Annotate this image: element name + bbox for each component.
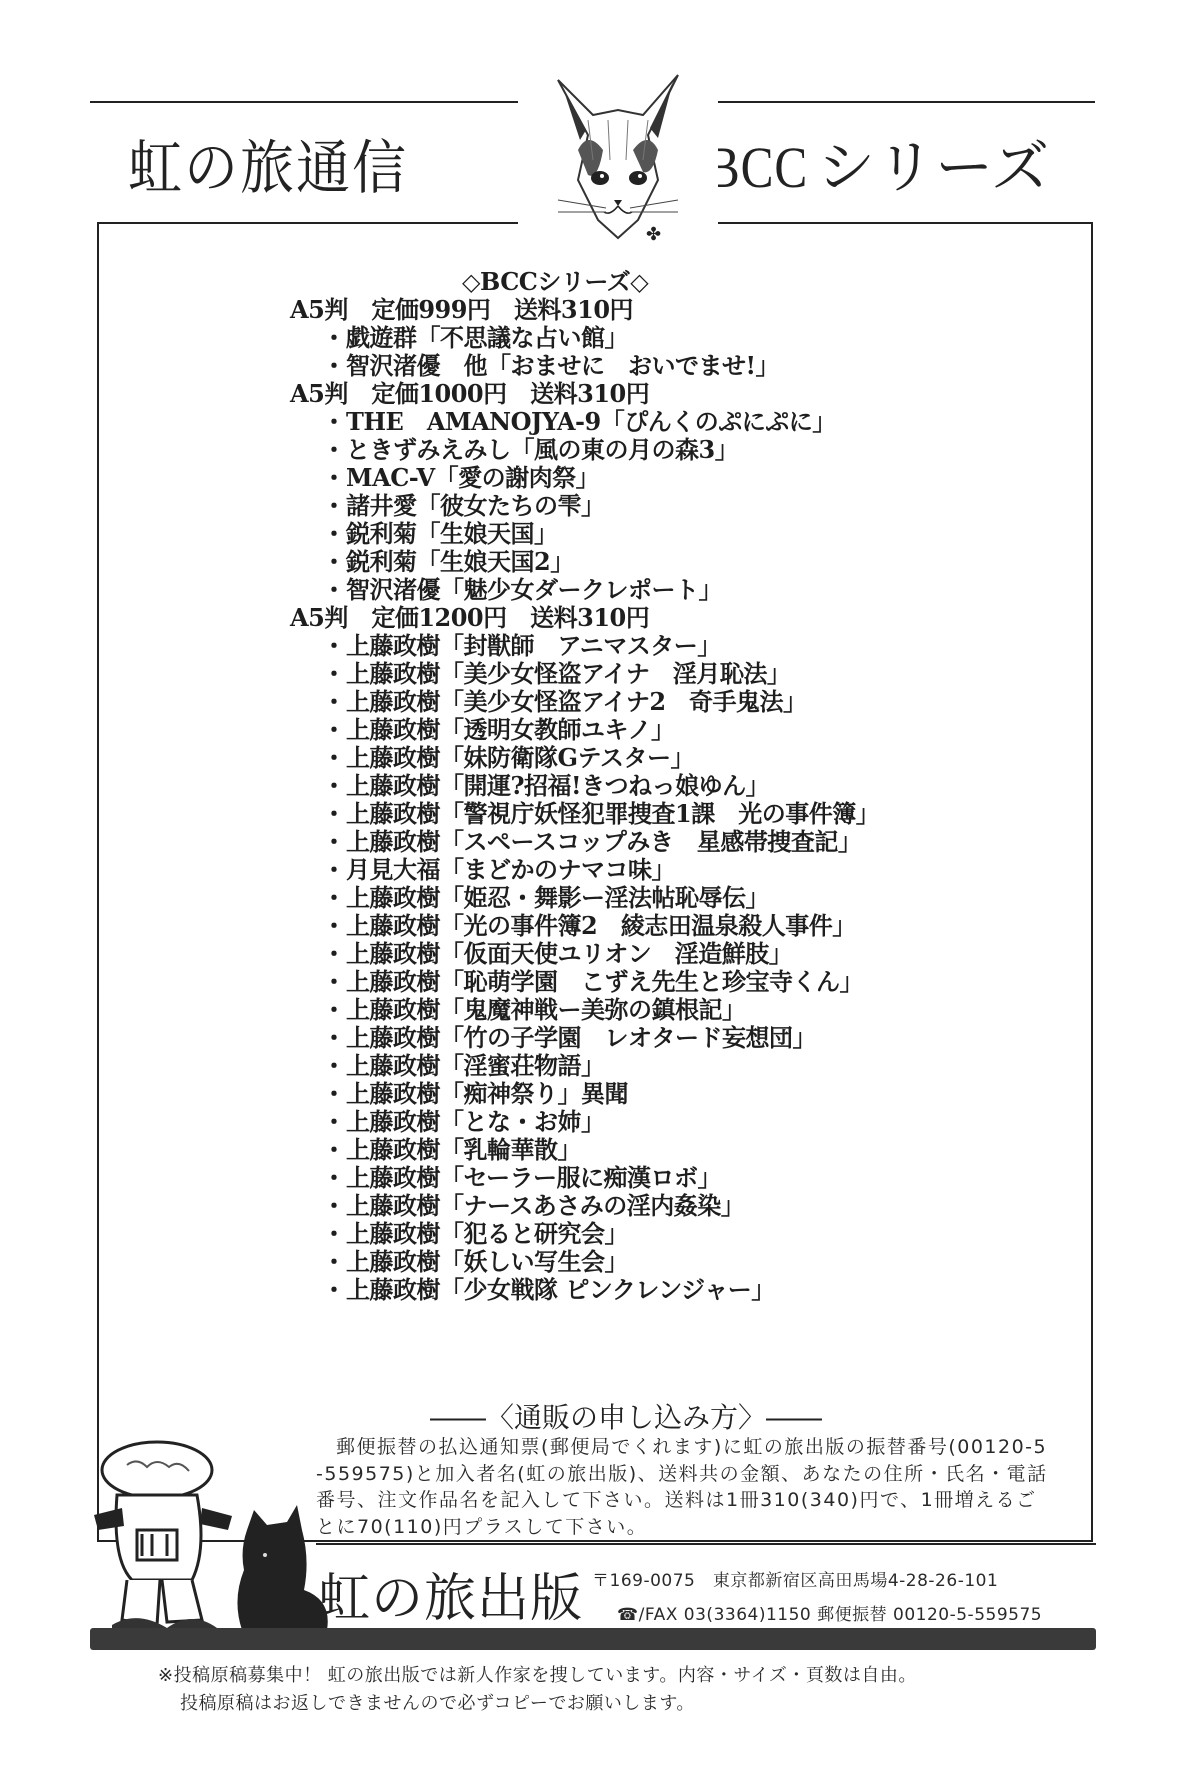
page-title: 虹の旅通信 bbox=[128, 122, 408, 205]
cat-emblem-icon: ✤ bbox=[518, 60, 718, 245]
publisher-contact: ☎/FAX 03(3364)1150 郵便振替 00120-5-559575 bbox=[617, 1600, 1042, 1625]
submission-note-continued: 投稿原稿はお返しできませんので必ずコピーでお願いします。 bbox=[180, 1689, 695, 1715]
publisher-rule bbox=[316, 1543, 1096, 1545]
series-latin: BCC bbox=[707, 134, 808, 201]
publisher-address: 〒169-0075 東京都新宿区高田馬場4-28-26-101 bbox=[592, 1566, 998, 1591]
order-section-title: ――〈通販の申し込み方〉―― bbox=[430, 1396, 822, 1436]
order-line: 番号、注文作品名を記入して下さい。送料は1冊310(340)円で、1冊増えるご bbox=[316, 1487, 1096, 1514]
submission-note: ※投稿原稿募集中！ 虹の旅出版では新人作家を捜しています。内容・サイズ・頁数は自… bbox=[158, 1661, 917, 1687]
order-line: -559575)と加入者名(虹の旅出版)、送料共の金額、あなたの住所・氏名・電話 bbox=[316, 1461, 1096, 1488]
series-kana: シリーズ bbox=[817, 133, 1050, 201]
frame-right bbox=[1093, 222, 1095, 1544]
order-instructions: 郵便振替の払込通知票(郵便局でくれます)に虹の旅出版の振替番号(00120-5 … bbox=[316, 1434, 1096, 1540]
series-title: BCCシリーズ bbox=[698, 120, 1050, 204]
divider-bar bbox=[90, 1628, 1096, 1650]
order-line: 郵便振替の払込通知票(郵便局でくれます)に虹の旅出版の振替番号(00120-5 bbox=[316, 1434, 1096, 1461]
list-item: ・上藤政樹「少女戦隊 ピンクレンジャー」 bbox=[322, 1270, 775, 1305]
svg-text:✤: ✤ bbox=[646, 224, 661, 245]
publisher-name: 虹の旅出版 bbox=[318, 1556, 583, 1631]
order-line: とに70(110)円プラスして下さい。 bbox=[316, 1514, 1096, 1541]
